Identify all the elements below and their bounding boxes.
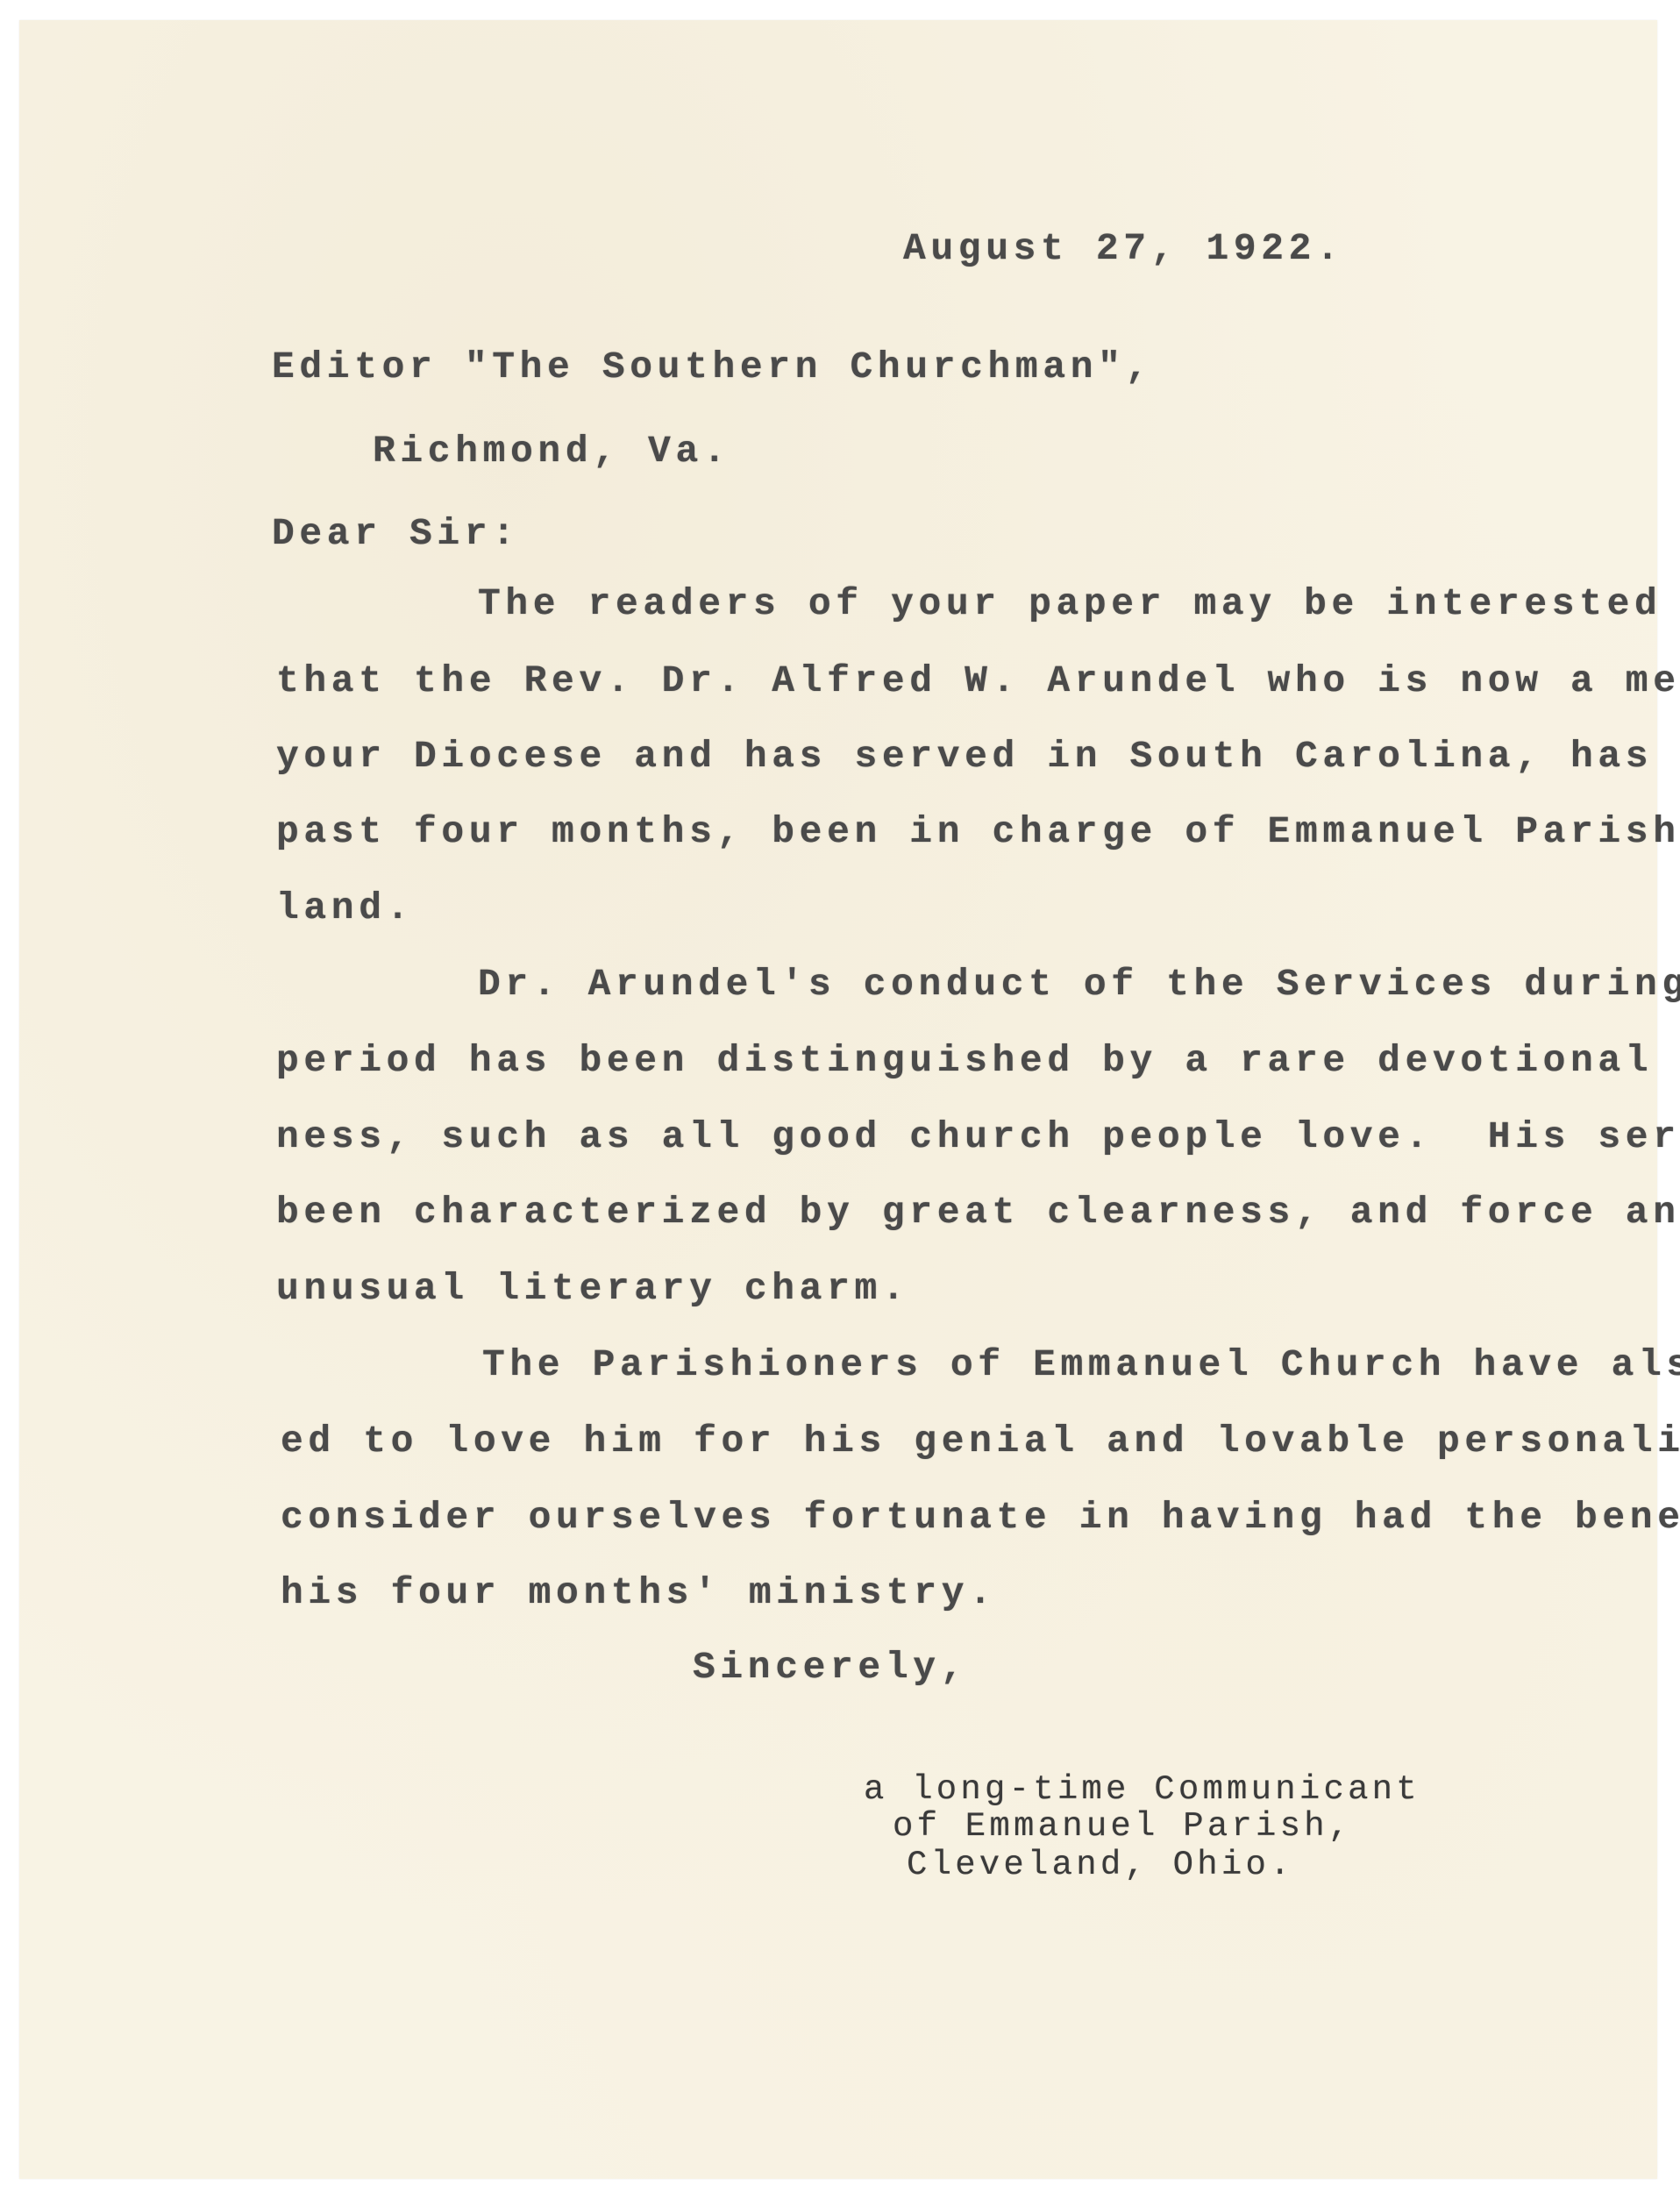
- letter-page: [19, 20, 1657, 2179]
- recipient-line-2: Richmond, Va.: [373, 432, 730, 470]
- paragraph-line: ed to love him for his genial and lovabl…: [281, 1422, 1680, 1460]
- paragraph-line: ness, such as all good church people lov…: [276, 1118, 1680, 1156]
- recipient-line-1: Editor "The Southern Churchman",: [272, 348, 1153, 386]
- paragraph-line: Dr. Arundel's conduct of the Services du…: [478, 965, 1680, 1003]
- paragraph-line: been characterized by great clearness, a…: [276, 1193, 1680, 1231]
- letter-date: August 27, 1922.: [903, 230, 1343, 267]
- paragraph-line: his four months' ministry.: [281, 1574, 997, 1612]
- closing: Sincerely,: [693, 1648, 968, 1686]
- paragraph-line: consider ourselves fortunate in having h…: [281, 1498, 1680, 1536]
- paragraph-line: The readers of your paper may be interes…: [478, 585, 1680, 623]
- salutation: Dear Sir:: [272, 515, 520, 552]
- paragraph-line: land.: [276, 889, 414, 927]
- paragraph-line: your Diocese and has served in South Car…: [276, 737, 1680, 775]
- paragraph-line: The Parishioners of Emmanuel Church have…: [482, 1346, 1680, 1384]
- paragraph-line: unusual literary charm.: [276, 1270, 909, 1307]
- signature-line-2: of Emmanuel Parish,: [893, 1810, 1352, 1844]
- signature-line-1: a long-time Communicant: [864, 1773, 1420, 1807]
- paragraph-line: period has been distinguished by a rare …: [276, 1042, 1680, 1079]
- signature-line-3: Cleveland, Ohio.: [907, 1848, 1294, 1882]
- paragraph-line: that the Rev. Dr. Alfred W. Arundel who …: [276, 662, 1680, 700]
- paragraph-line: past four months, been in charge of Emma…: [276, 813, 1680, 850]
